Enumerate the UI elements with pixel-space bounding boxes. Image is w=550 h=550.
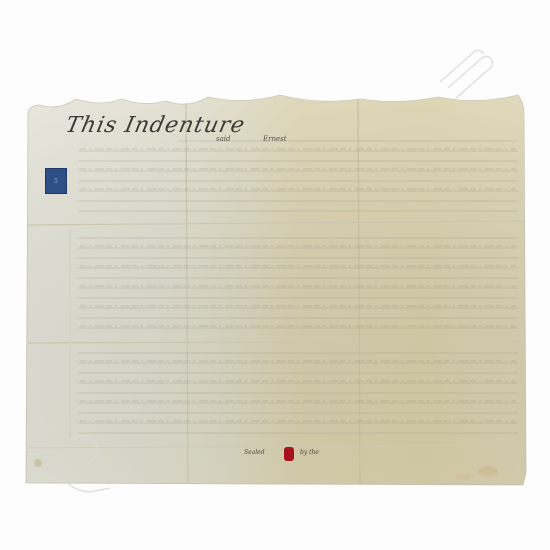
- seal-label-left: Sealed: [244, 449, 265, 456]
- seal-label-right: by the: [300, 449, 319, 456]
- vellum-sheet: [18, 93, 528, 486]
- red-wax-seal: [284, 447, 294, 461]
- stamp-mark: 5: [54, 178, 58, 185]
- indenture-document: This Indenture said Ernest 5 Sealed by t…: [18, 93, 528, 486]
- header-word: said: [216, 135, 231, 143]
- blue-duty-stamp: 5: [45, 168, 67, 194]
- photo-stage: This Indenture said Ernest 5 Sealed by t…: [0, 0, 550, 550]
- header-word: Ernest: [263, 135, 287, 143]
